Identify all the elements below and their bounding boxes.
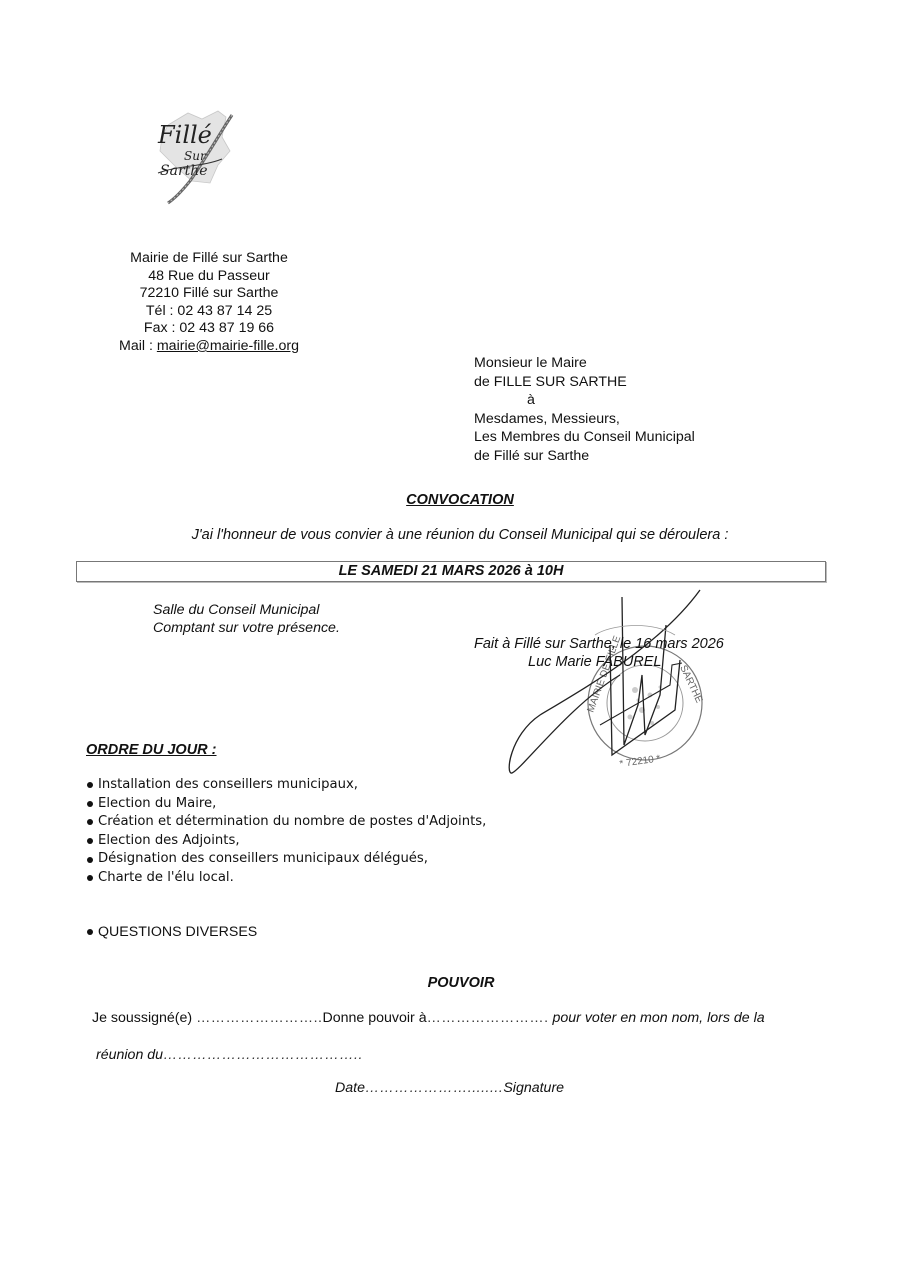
agenda-item: Installation des conseillers municipaux,	[86, 776, 486, 795]
meeting-label: réunion du	[96, 1047, 163, 1063]
bullet-icon	[87, 929, 93, 935]
meeting-date-box: LE SAMEDI 21 MARS 2026 à 10H	[76, 561, 826, 582]
bullet-icon	[87, 857, 93, 863]
questions-diverses: QUESTIONS DIVERSES	[86, 924, 257, 940]
recipient-line-2: de FILLE SUR SARTHE	[474, 373, 695, 392]
sender-address-block: Mairie de Fillé sur Sarthe 48 Rue du Pas…	[96, 250, 322, 356]
agenda-item-text: Election du Maire,	[98, 795, 216, 814]
proxy-line-3: Date…………………........Signature	[335, 1080, 564, 1096]
sender-mail: Mail : mairie@mairie-fille.org	[96, 338, 322, 356]
sender-fax: Fax : 02 43 87 19 66	[96, 320, 322, 338]
bullet-icon	[87, 819, 93, 825]
vote-text: pour voter en mon nom, lors de la	[549, 1010, 765, 1026]
logo-text-sur: Sur	[184, 149, 206, 163]
recipient-line-3: à	[474, 391, 695, 410]
date-label: Date	[335, 1080, 365, 1096]
date-field[interactable]: …………………........	[365, 1080, 503, 1096]
agenda-item: Création et détermination du nombre de p…	[86, 813, 486, 832]
agenda-item-text: Création et détermination du nombre de p…	[98, 813, 486, 832]
recipient-line-5: Les Membres du Conseil Municipal	[474, 428, 695, 447]
bullet-icon	[87, 875, 93, 881]
proxy-line-1: Je soussigné(e) ……………………..Donne pouvoir …	[92, 1010, 765, 1026]
agenda-item-text: Désignation des conseillers municipaux d…	[98, 850, 428, 869]
sender-street: 48 Rue du Passeur	[96, 268, 322, 286]
convocation-intro: J'ai l'honneur de vous convier à une réu…	[0, 527, 900, 543]
sender-name: Mairie de Fillé sur Sarthe	[96, 250, 322, 268]
agenda-item: Charte de l'élu local.	[86, 869, 486, 888]
gives-proxy-label: Donne pouvoir à	[322, 1010, 426, 1026]
recipient-block: Monsieur le Maire de FILLE SUR SARTHE à …	[474, 354, 695, 466]
bullet-icon	[87, 782, 93, 788]
place-and-date: Fait à Fillé sur Sarthe, le 16 mars 2026	[474, 636, 724, 654]
mail-label: Mail :	[119, 338, 157, 354]
signature-text-block: Fait à Fillé sur Sarthe, le 16 mars 2026…	[474, 636, 724, 671]
agenda-item: Election des Adjoints,	[86, 832, 486, 851]
recipient-line-4: Mesdames, Messieurs,	[474, 410, 695, 429]
proxy-line-2: réunion du…………………………………..	[96, 1047, 363, 1063]
agenda-title: ORDRE DU JOUR :	[86, 742, 217, 758]
mail-link[interactable]: mairie@mairie-fille.org	[157, 338, 299, 354]
convocation-title-text: CONVOCATION	[386, 492, 514, 508]
agenda-item: Election du Maire,	[86, 795, 486, 814]
signature-label: Signature	[503, 1080, 564, 1096]
questions-diverses-text: QUESTIONS DIVERSES	[98, 924, 257, 940]
recipient-line-1: Monsieur le Maire	[474, 354, 695, 373]
agenda-item-text: Charte de l'élu local.	[98, 869, 234, 888]
official-stamp-icon: MAIRIE DE FILLE SARTHE * 72210 *	[500, 585, 740, 785]
venue-text: Salle du Conseil Municipal	[153, 602, 340, 620]
municipal-logo: Fillé Sur Sarthe	[140, 103, 250, 208]
agenda-item-text: Installation des conseillers municipaux,	[98, 776, 358, 795]
proxy-title: POUVOIR	[0, 975, 900, 991]
convocation-title: CONVOCATION	[0, 492, 900, 508]
agenda-item-text: Election des Adjoints,	[98, 832, 240, 851]
venue-block: Salle du Conseil Municipal Comptant sur …	[153, 602, 340, 637]
closing-text: Comptant sur votre présence.	[153, 620, 340, 638]
undersigned-label: Je soussigné(e)	[92, 1010, 196, 1026]
logo-text-fille: Fillé	[158, 121, 212, 149]
meeting-field[interactable]: …………………………………..	[163, 1047, 363, 1063]
bullet-icon	[87, 801, 93, 807]
recipient-line-6: de Fillé sur Sarthe	[474, 447, 695, 466]
proxy-holder-field[interactable]: …………………….	[427, 1010, 549, 1026]
bullet-icon	[87, 838, 93, 844]
stamp-and-signature: MAIRIE DE FILLE SARTHE * 72210 *	[500, 585, 740, 785]
agenda-item: Désignation des conseillers municipaux d…	[86, 850, 486, 869]
signatory-name: Luc Marie FABUREL	[474, 654, 724, 672]
agenda-list: Installation des conseillers municipaux,…	[86, 776, 486, 888]
sender-phone: Tél : 02 43 87 14 25	[96, 303, 322, 321]
logo-text-sarthe: Sarthe	[160, 163, 208, 179]
sender-city: 72210 Fillé sur Sarthe	[96, 285, 322, 303]
undersigned-field[interactable]: ……………………..	[196, 1010, 322, 1026]
